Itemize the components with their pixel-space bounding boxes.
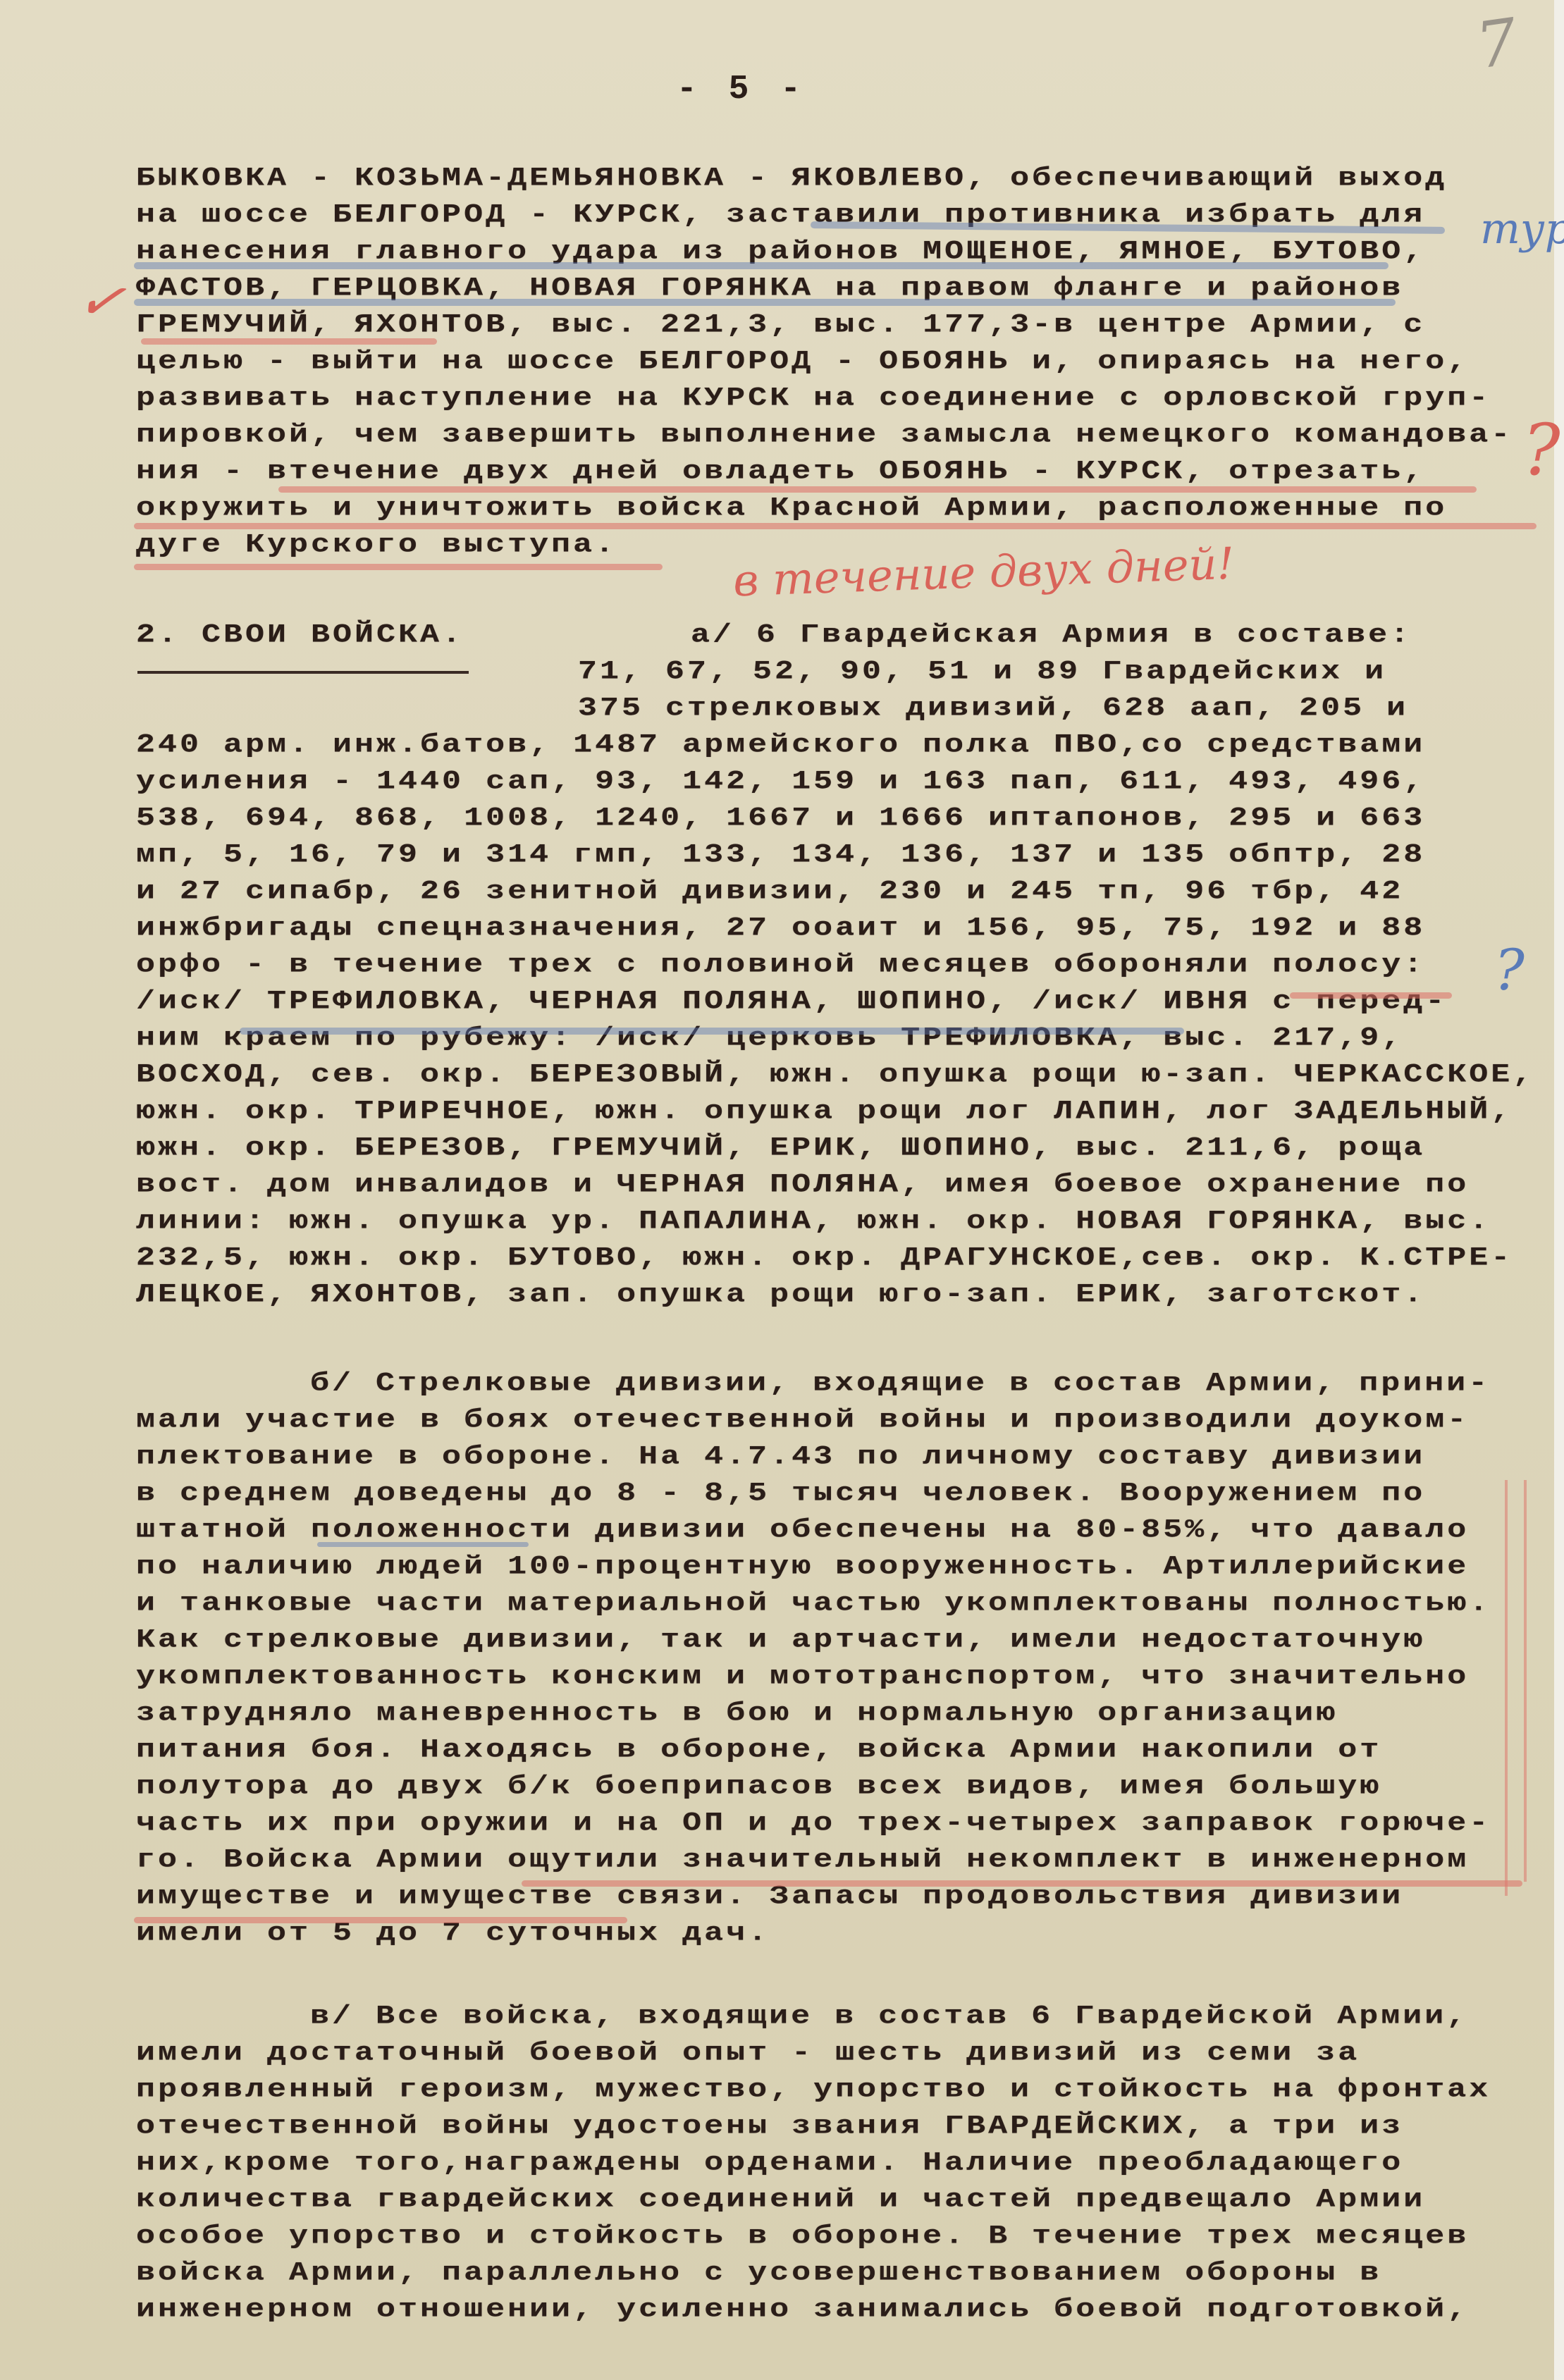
red-underline [522, 1880, 1522, 1887]
text-line: усиления - 1440 сап, 93, 142, 159 и 163 … [136, 767, 1425, 797]
margin-line [1505, 1480, 1508, 1896]
text-line: 240 арм. инж.батов, 1487 армейского полк… [136, 730, 1425, 760]
text-line: целью - выйти на шоссе БЕЛГОРОД - ОБОЯНЬ… [136, 347, 1469, 377]
text-line: в/ Все войска, входящие в состав 6 Гвард… [310, 2002, 1468, 2032]
margin-line [1524, 1480, 1527, 1882]
text-line: /иск/ ТРЕФИЛОВКА, ЧЕРНАЯ ПОЛЯНА, ШОПИНО,… [136, 987, 1447, 1017]
text-line: ЛЕЦКОЕ, ЯХОНТОВ, зап. опушка рощи юго-за… [136, 1280, 1425, 1310]
text-line: б/ Стрелковые дивизии, входящие в состав… [310, 1369, 1490, 1399]
text-line: ния - втечение двух дней овладеть ОБОЯНЬ… [136, 457, 1425, 487]
red-underline [278, 486, 1477, 493]
text-line: инжбригады спецназначения, 27 ооаит и 15… [136, 913, 1425, 944]
red-underline [141, 338, 437, 345]
text-line: вост. дом инвалидов и ЧЕРНАЯ ПОЛЯНА, име… [136, 1170, 1469, 1200]
text-line: 538, 694, 868, 1008, 1240, 1667 и 1666 и… [136, 803, 1425, 834]
red-underline [134, 523, 1537, 529]
question-mark: ? [1494, 937, 1525, 1003]
text-line: укомплектованность конским и мототранспо… [136, 1662, 1469, 1692]
section-heading: 2. СВОИ ВОЙСКА. [136, 620, 464, 651]
text-line: отечественной войны удостоены звания ГВА… [136, 2111, 1403, 2142]
text-line: 71, 67, 52, 90, 51 и 89 Гвардейских и [578, 657, 1386, 687]
red-underline [1290, 992, 1452, 999]
text-line: и 27 сипабр, 26 зенитной дивизии, 230 и … [136, 877, 1403, 907]
text-line: орфо - в течение трех с половиной месяце… [136, 950, 1425, 980]
red-underline [134, 564, 663, 570]
question-mark: ? [1522, 409, 1560, 491]
text-line: БЫКОВКА - КОЗЬМА-ДЕМЬЯНОВКА - ЯКОВЛЕВО, … [136, 164, 1447, 194]
margin-note: тур [1480, 204, 1564, 254]
text-line: количества гвардейских соединений и част… [136, 2185, 1425, 2215]
blue-underline [317, 1542, 529, 1547]
text-line: южн. окр. ТРИРЕЧНОЕ, южн. опушка рощи ло… [136, 1097, 1513, 1127]
text-line: затрудняло маневренность в бою и нормаль… [136, 1698, 1338, 1729]
text-line: по наличию людей 100-процентную вооружен… [136, 1552, 1469, 1582]
text-line: мп, 5, 16, 79 и 314 гмп, 133, 134, 136, … [136, 840, 1425, 870]
text-line: них,кроме того,награждены орденами. Нали… [136, 2148, 1403, 2178]
text-line: южн. окр. БЕРЕЗОВ, ГРЕМУЧИЙ, ЕРИК, ШОПИН… [136, 1133, 1425, 1164]
blue-underline [134, 262, 1388, 269]
text-line: а/ 6 Гвардейская Армия в составе: [691, 620, 1412, 651]
text-line: войска Армии, параллельно с усовершенств… [136, 2258, 1381, 2288]
text-line: дуге Курского выступа. [136, 530, 617, 560]
text-line: питания боя. Находясь в обороне, войска … [136, 1735, 1381, 1765]
text-line: полутора до двух б/к боеприпасов всех ви… [136, 1772, 1381, 1802]
heading-underline [137, 671, 469, 674]
text-line: и танковые части материальной частью уко… [136, 1589, 1491, 1619]
text-line: штатной положенности дивизии обеспечены … [136, 1515, 1469, 1546]
scan-edge [1554, 0, 1564, 2380]
text-line: 375 стрелковых дивизий, 628 аап, 205 и [578, 693, 1408, 724]
text-line: плектование в обороне. На 4.7.43 по личн… [136, 1442, 1425, 1472]
text-line: пировкой, чем завершить выполнение замыс… [136, 420, 1513, 450]
text-line: линии: южн. опушка ур. ПАПАЛИНА, южн. ок… [136, 1207, 1491, 1237]
text-line: окружить и уничтожить войска Красной Арм… [136, 493, 1447, 524]
text-line: особое упорство и стойкость в обороне. В… [136, 2221, 1469, 2252]
blue-underline [240, 1028, 1184, 1035]
blue-underline [134, 299, 1396, 306]
handwritten-note: в течение двух дней! [732, 538, 1236, 607]
text-line: ВОСХОД, сев. окр. БЕРЕЗОВЫЙ, южн. опушка… [136, 1060, 1534, 1090]
text-line: проявленный героизм, мужество, упорство … [136, 2075, 1491, 2105]
text-line: мали участие в боях отечественной войны … [136, 1405, 1469, 1436]
text-line: часть их при оружии и на ОП и до трех-че… [136, 1808, 1491, 1839]
text-line: 232,5, южн. окр. БУТОВО, южн. окр. ДРАГУ… [136, 1243, 1513, 1274]
text-line: Как стрелковые дивизии, так и артчасти, … [136, 1625, 1425, 1655]
text-line: инженерном отношении, усиленно занималис… [136, 2295, 1469, 2325]
red-underline [134, 1917, 627, 1923]
text-line: развивать наступление на КУРСК на соедин… [136, 383, 1491, 414]
text-line: в среднем доведены до 8 - 8,5 тысяч чело… [136, 1479, 1425, 1509]
text-line: го. Войска Армии ощутили значительный не… [136, 1845, 1469, 1875]
page-number: - 5 - [677, 70, 806, 109]
sheet-number: 7 [1472, 5, 1522, 84]
text-line: ГРЕМУЧИЙ, ЯХОНТОВ, выс. 221,3, выс. 177,… [136, 310, 1425, 340]
checkmark-icon: ✓ [72, 264, 130, 337]
text-line: имели достаточный боевой опыт - шесть ди… [136, 2038, 1360, 2068]
